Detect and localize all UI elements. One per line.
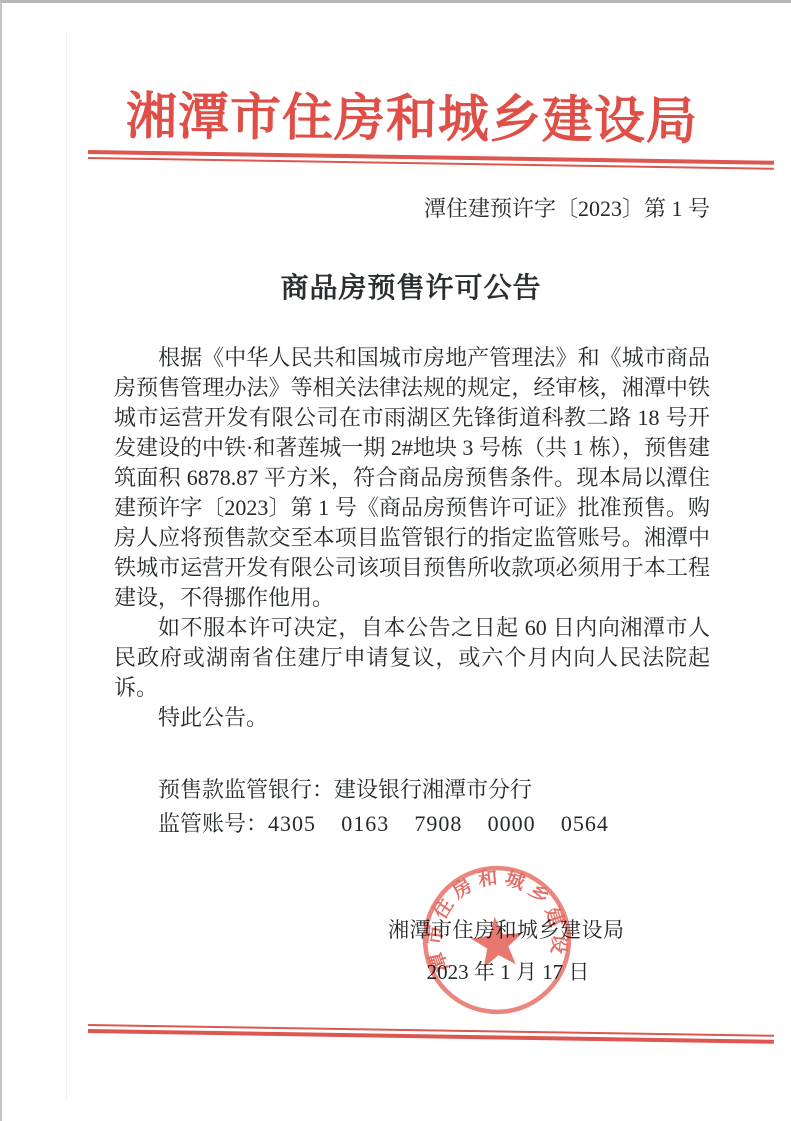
- document-body: 根据《中华人民共和国城市房地产管理法》和《城市商品房预售管理办法》等相关法律法规…: [114, 343, 710, 733]
- official-seal: 湘潭市住房和城乡建设局: [408, 851, 586, 1029]
- account-number: 4305 0163 7908 0000 0564: [268, 811, 609, 836]
- document-page: 湘潭市住房和城乡建设局 潭住建预许字〔2023〕第 1 号 商品房预售许可公告 …: [0, 0, 791, 1121]
- bank-value: 建设银行湘潭市分行: [334, 777, 532, 802]
- bank-info-line: 预售款监管银行：建设银行湘潭市分行: [114, 773, 710, 807]
- agency-header: 湘潭市住房和城乡建设局: [92, 74, 733, 154]
- account-info-line: 监管账号：4305 0163 7908 0000 0564: [114, 807, 710, 841]
- account-label: 监管账号：: [158, 811, 268, 836]
- bank-label: 预售款监管银行：: [158, 777, 334, 802]
- paragraph-closing: 特此公告。: [114, 703, 710, 733]
- document-title: 商品房预售许可公告: [114, 266, 708, 306]
- paragraph-legal-basis: 根据《中华人民共和国城市房地产管理法》和《城市商品房预售管理办法》等相关法律法规…: [114, 343, 710, 613]
- doc-number: 潭住建预许字〔2023〕第 1 号: [424, 192, 710, 223]
- scan-artifact-line: [66, 31, 67, 1101]
- paragraph-appeal-rights: 如不服本许可决定，自本公告之日起 60 日内向湘潭市人民政府或湖南省住建厅申请复…: [114, 613, 710, 703]
- supervision-info: 预售款监管银行：建设银行湘潭市分行 监管账号：4305 0163 7908 00…: [114, 773, 710, 841]
- seal-star-icon: [469, 914, 526, 969]
